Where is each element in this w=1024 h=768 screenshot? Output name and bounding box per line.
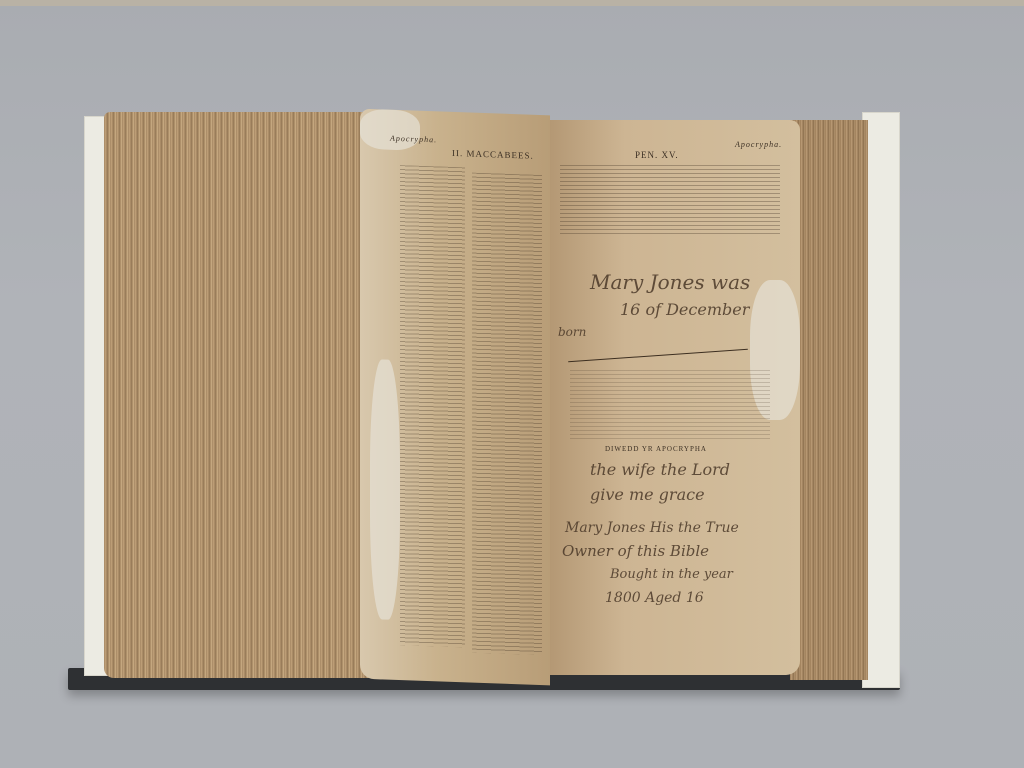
handwriting-line: Mary Jones was	[590, 270, 750, 294]
handwriting-line: 16 of December	[620, 300, 749, 319]
running-head-italic: Apocrypha.	[735, 140, 782, 149]
running-head: PEN. XV.	[635, 150, 679, 160]
printed-label: DIWEDD YR APOCRYPHA	[605, 445, 707, 453]
text-column	[472, 173, 542, 655]
handwriting-line: Mary Jones His the True	[565, 520, 739, 536]
page-wear	[360, 109, 420, 151]
handwriting-line: the wife the Lord	[590, 460, 730, 479]
running-head-italic: Apocrypha.	[390, 134, 437, 145]
running-head: II. MACCABEES.	[452, 148, 534, 161]
page-wear	[370, 359, 400, 620]
page-edges-right	[790, 120, 868, 680]
background-top-strip	[0, 0, 1024, 6]
handwriting-line: 1800 Aged 16	[605, 590, 704, 606]
left-page: Apocrypha. II. MACCABEES.	[360, 109, 550, 686]
handwriting-line: born	[558, 325, 586, 339]
right-page: PEN. XV. Apocrypha. Mary Jones was 16 of…	[550, 120, 800, 675]
page-edges-left	[104, 112, 374, 678]
faded-handwriting	[570, 370, 770, 440]
handwriting-line: Owner of this Bible	[562, 542, 709, 560]
text-block	[560, 165, 780, 235]
handwriting-line: Bought in the year	[610, 567, 733, 582]
ink-rule	[568, 349, 748, 363]
handwriting-line: give me grace	[590, 485, 705, 504]
text-column	[400, 165, 465, 647]
